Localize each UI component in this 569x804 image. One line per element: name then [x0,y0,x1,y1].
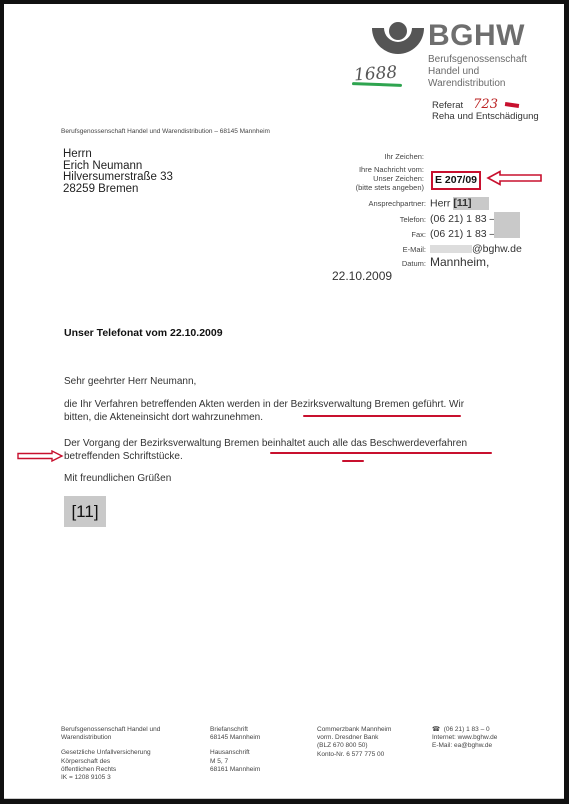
letter-subject: Unser Telefonat vom 22.10.2009 [64,327,223,339]
reference-number-box: E 207/09 [431,171,481,190]
date-label: Datum: [332,259,426,268]
phone-icon: ☎ [432,726,440,733]
sender-return-address: Berufsgenossenschaft Handel und Warendis… [61,128,270,135]
contact-person-row: Ansprechpartner:Herr [11] [332,197,532,210]
letter-greeting: Sehr geehrter Herr Neumann, [64,375,196,388]
redacted-email-user [430,245,472,253]
department-name: Reha und Entschädigung [432,111,539,122]
unser-zeichen-label: Unser Zeichen: [356,174,424,183]
footer-line: öffentlichen Rechts [61,766,116,773]
logo-wordmark: BGHW [428,20,525,52]
footer-column-contact: ☎ (06 21) 1 83 – 0Internet: www.bghw.deE… [432,726,497,758]
email-value: @bghw.de [472,243,522,255]
logo-subtitle-line: Warendistribution [428,78,527,90]
footer-internet: Internet: www.bghw.de [432,734,497,741]
green-underline-annotation [352,82,402,87]
bghw-logo-icon [370,22,426,56]
red-underline-annotation [303,415,461,417]
ihr-zeichen-label: Ihr Zeichen: [384,152,424,161]
unser-zeichen-hint: (bitte stets angeben) [356,183,424,192]
paragraph-2-line: Der Vorgang der Bezirksverwaltung Bremen… [64,437,467,450]
footer-column-organization: Berufsgenossenschaft Handel undWarendist… [61,726,160,789]
footer-line: Briefanschrift [210,726,248,733]
redacted-extension [494,212,520,238]
footer-email: E-Mail: ea@bghw.de [432,742,492,749]
red-underline-annotation [342,460,364,462]
phone-value: (06 21) 1 83 – [430,213,495,225]
reference-labels: Ihre Nachricht vom: Unser Zeichen: (bitt… [356,165,424,192]
red-arrow-left-icon [486,170,544,186]
footer-phone: (06 21) 1 83 – 0 [444,726,490,733]
redacted-contact-name: [11] [453,197,489,210]
referat-block: Referat723 Reha und Entschädigung [432,99,539,122]
footer-column-bank: Commerzbank Mannheimvorm. Dresdner Bank(… [317,726,391,766]
email-label: E-Mail: [332,245,426,254]
fax-value: (06 21) 1 83 – [430,228,495,240]
date-row: Datum:Mannheim, 22.10.2009 [332,255,532,283]
footer-line: vorm. Dresdner Bank [317,734,378,741]
red-underline-annotation [270,452,492,454]
paragraph-1-line: die Ihr Verfahren betreffenden Akten wer… [64,398,464,411]
recipient-salutation: Herrn [63,149,173,161]
footer-line: 68145 Mannheim [210,734,260,741]
footer-line: Warendistribution [61,734,111,741]
footer-line: Gesetzliche Unfallversicherung [61,749,151,756]
footer-line: Berufsgenossenschaft Handel und [61,726,160,733]
phone-label: Telefon: [332,215,426,224]
footer-line: IK = 1208 9105 3 [61,774,111,781]
red-arrow-right-icon [16,450,64,462]
referat-label: Referat [432,100,463,111]
footer-line: M 5, 7 [210,758,228,765]
paragraph-1: die Ihr Verfahren betreffenden Akten wer… [64,398,464,424]
paragraph-2: Der Vorgang der Bezirksverwaltung Bremen… [64,437,467,463]
letter-closing: Mit freundlichen Grüßen [64,472,171,485]
footer-column-addresses: Briefanschrift68145 Mannheim Hausanschri… [210,726,260,781]
contact-label: Ansprechpartner: [332,199,426,208]
recipient-address: Herrn Erich Neumann Hilversumerstraße 33… [63,149,173,195]
logo-subtitle: Berufsgenossenschaft Handel und Warendis… [428,54,527,90]
footer-line: Hausanschrift [210,749,250,756]
paragraph-1-line: bitten, die Akteneinsicht dort wahrzuneh… [64,411,464,424]
logo-subtitle-line: Handel und [428,66,527,78]
footer-line: 68161 Mannheim [210,766,260,773]
footer-line: Konto-Nr. 6 577 775 00 [317,751,384,758]
redacted-signature: [11] [64,496,106,527]
recipient-city: 28259 Bremen [63,184,173,196]
footer-line: (BLZ 670 800 50) [317,742,368,749]
email-row: E-Mail:@bghw.de [332,243,532,255]
contact-value: Herr [430,197,450,209]
fax-label: Fax: [332,230,426,239]
recipient-street: Hilversumerstraße 33 [63,172,173,184]
logo-subtitle-line: Berufsgenossenschaft [428,54,527,66]
ihre-nachricht-label: Ihre Nachricht vom: [356,165,424,174]
footer-line: Körperschaft des [61,758,110,765]
letter-page: BGHW Berufsgenossenschaft Handel und War… [4,4,564,799]
referat-number: 723 [473,97,498,112]
footer-line: Commerzbank Mannheim [317,726,391,733]
